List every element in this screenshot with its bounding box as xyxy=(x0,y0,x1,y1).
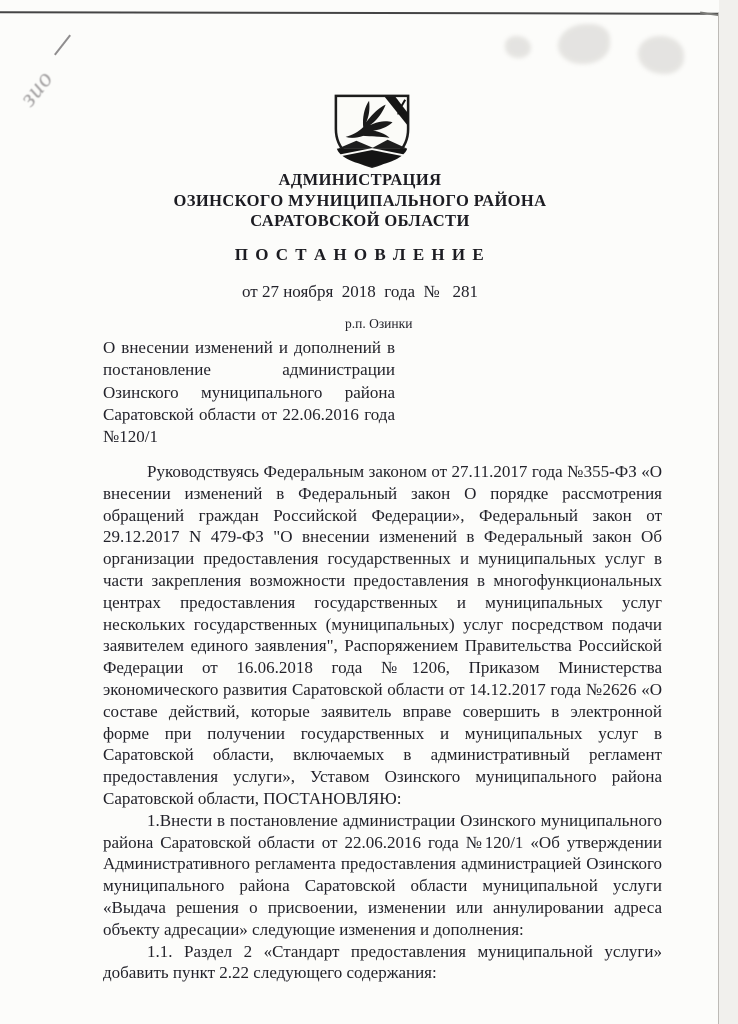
scan-margin-right xyxy=(719,0,738,1024)
body-paragraph-3: 1.1. Раздел 2 «Стандарт предоставления м… xyxy=(103,941,662,985)
document-subject: О внесении изменений и дополнений в пост… xyxy=(103,337,395,448)
scan-edge-right-line xyxy=(718,13,719,1024)
org-name-line2: ОЗИНСКОГО МУНИЦИПАЛЬНОГО РАЙОНА xyxy=(0,191,720,212)
letterhead-org-block: АДМИНИСТРАЦИЯ ОЗИНСКОГО МУНИЦИПАЛЬНОГО Р… xyxy=(0,170,720,232)
place-line: р.п. Озинки xyxy=(345,316,412,332)
body-paragraph-2: 1.Внести в постановление администрации О… xyxy=(103,810,662,941)
scan-edge-top-line xyxy=(0,11,721,15)
ink-smudge xyxy=(558,24,610,64)
body-paragraph-1: Руководствуясь Федеральным законом от 27… xyxy=(103,461,662,810)
org-name-line3: САРАТОВСКОЙ ОБЛАСТИ xyxy=(0,211,720,232)
ink-smudge xyxy=(505,36,531,58)
org-name-line1: АДМИНИСТРАЦИЯ xyxy=(0,170,720,191)
document-body: Руководствуясь Федеральным законом от 27… xyxy=(103,461,662,984)
handwritten-note: зио xyxy=(14,32,85,112)
document-type-heading: П О С Т А Н О В Л Е Н И Е xyxy=(0,245,720,265)
coat-of-arms-icon xyxy=(331,92,413,170)
ink-smudge xyxy=(638,36,684,74)
date-number-line: от 27 ноября 2018 года № 281 xyxy=(0,282,720,302)
scanned-document-page: зио АДМИНИСТРАЦИЯ ОЗИНСКОГО МУНИЦИПАЛЬНО… xyxy=(0,0,738,1024)
